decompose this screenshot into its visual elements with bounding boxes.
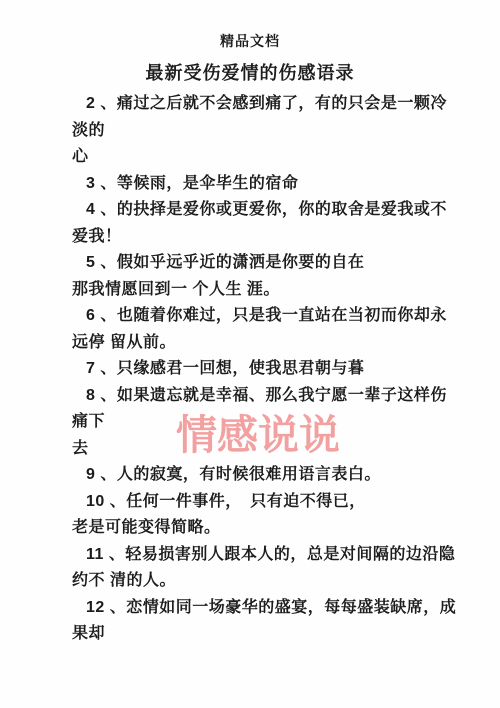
text-line: 5 、假如乎远乎近的潇洒是你要的自在 (72, 250, 460, 277)
doc-body: 2 、痛过之后就不会感到痛了，有的只会是一颗冷 淡的 心 3 、等候雨，是伞毕生… (0, 91, 500, 648)
text-line: 11 、轻易损害别人跟本人的，总是对间隔的边沿隐 (72, 542, 460, 569)
text-line: 10 、任何一件事件， 只有迫不得已， (72, 489, 460, 516)
document-page: 精品文档 最新受伤爱情的伤感语录 2 、痛过之后就不会感到痛了，有的只会是一颗冷… (0, 0, 500, 708)
text-line: 4 、的抉择是爱你或更爱你，你的取舍是爱我或不 (72, 197, 460, 224)
text-line: 果却 (72, 621, 460, 648)
text-line: 去 (72, 436, 460, 463)
text-line: 淡的 (72, 118, 460, 145)
text-line: 3 、等候雨，是伞毕生的宿命 (72, 171, 460, 198)
doc-header: 精品文档 (0, 0, 500, 50)
doc-title: 最新受伤爱情的伤感语录 (0, 61, 500, 85)
text-line: 那我情愿回到一 个人生 涯。 (72, 277, 460, 304)
text-line: 12 、恋情如同一场豪华的盛宴，每每盛装缺席，成 (72, 595, 460, 622)
text-line: 老是可能变得简略。 (72, 515, 460, 542)
text-line: 约不 清的人。 (72, 568, 460, 595)
text-line: 8 、如果遗忘就是幸福、那么我宁愿一辈子这样伤 (72, 383, 460, 410)
text-line: 心 (72, 144, 460, 171)
text-line: 痛下 (72, 409, 460, 436)
text-line: 9 、人的寂寞，有时候很难用语言表白。 (72, 462, 460, 489)
text-line: 2 、痛过之后就不会感到痛了，有的只会是一颗冷 (72, 91, 460, 118)
text-line: 远停 留从前。 (72, 330, 460, 357)
text-line: 6 、也随着你难过，只是我一直站在当初而你却永 (72, 303, 460, 330)
text-line: 7 、只缘感君一回想，使我思君朝与暮 (72, 356, 460, 383)
text-line: 爱我！ (72, 224, 460, 251)
